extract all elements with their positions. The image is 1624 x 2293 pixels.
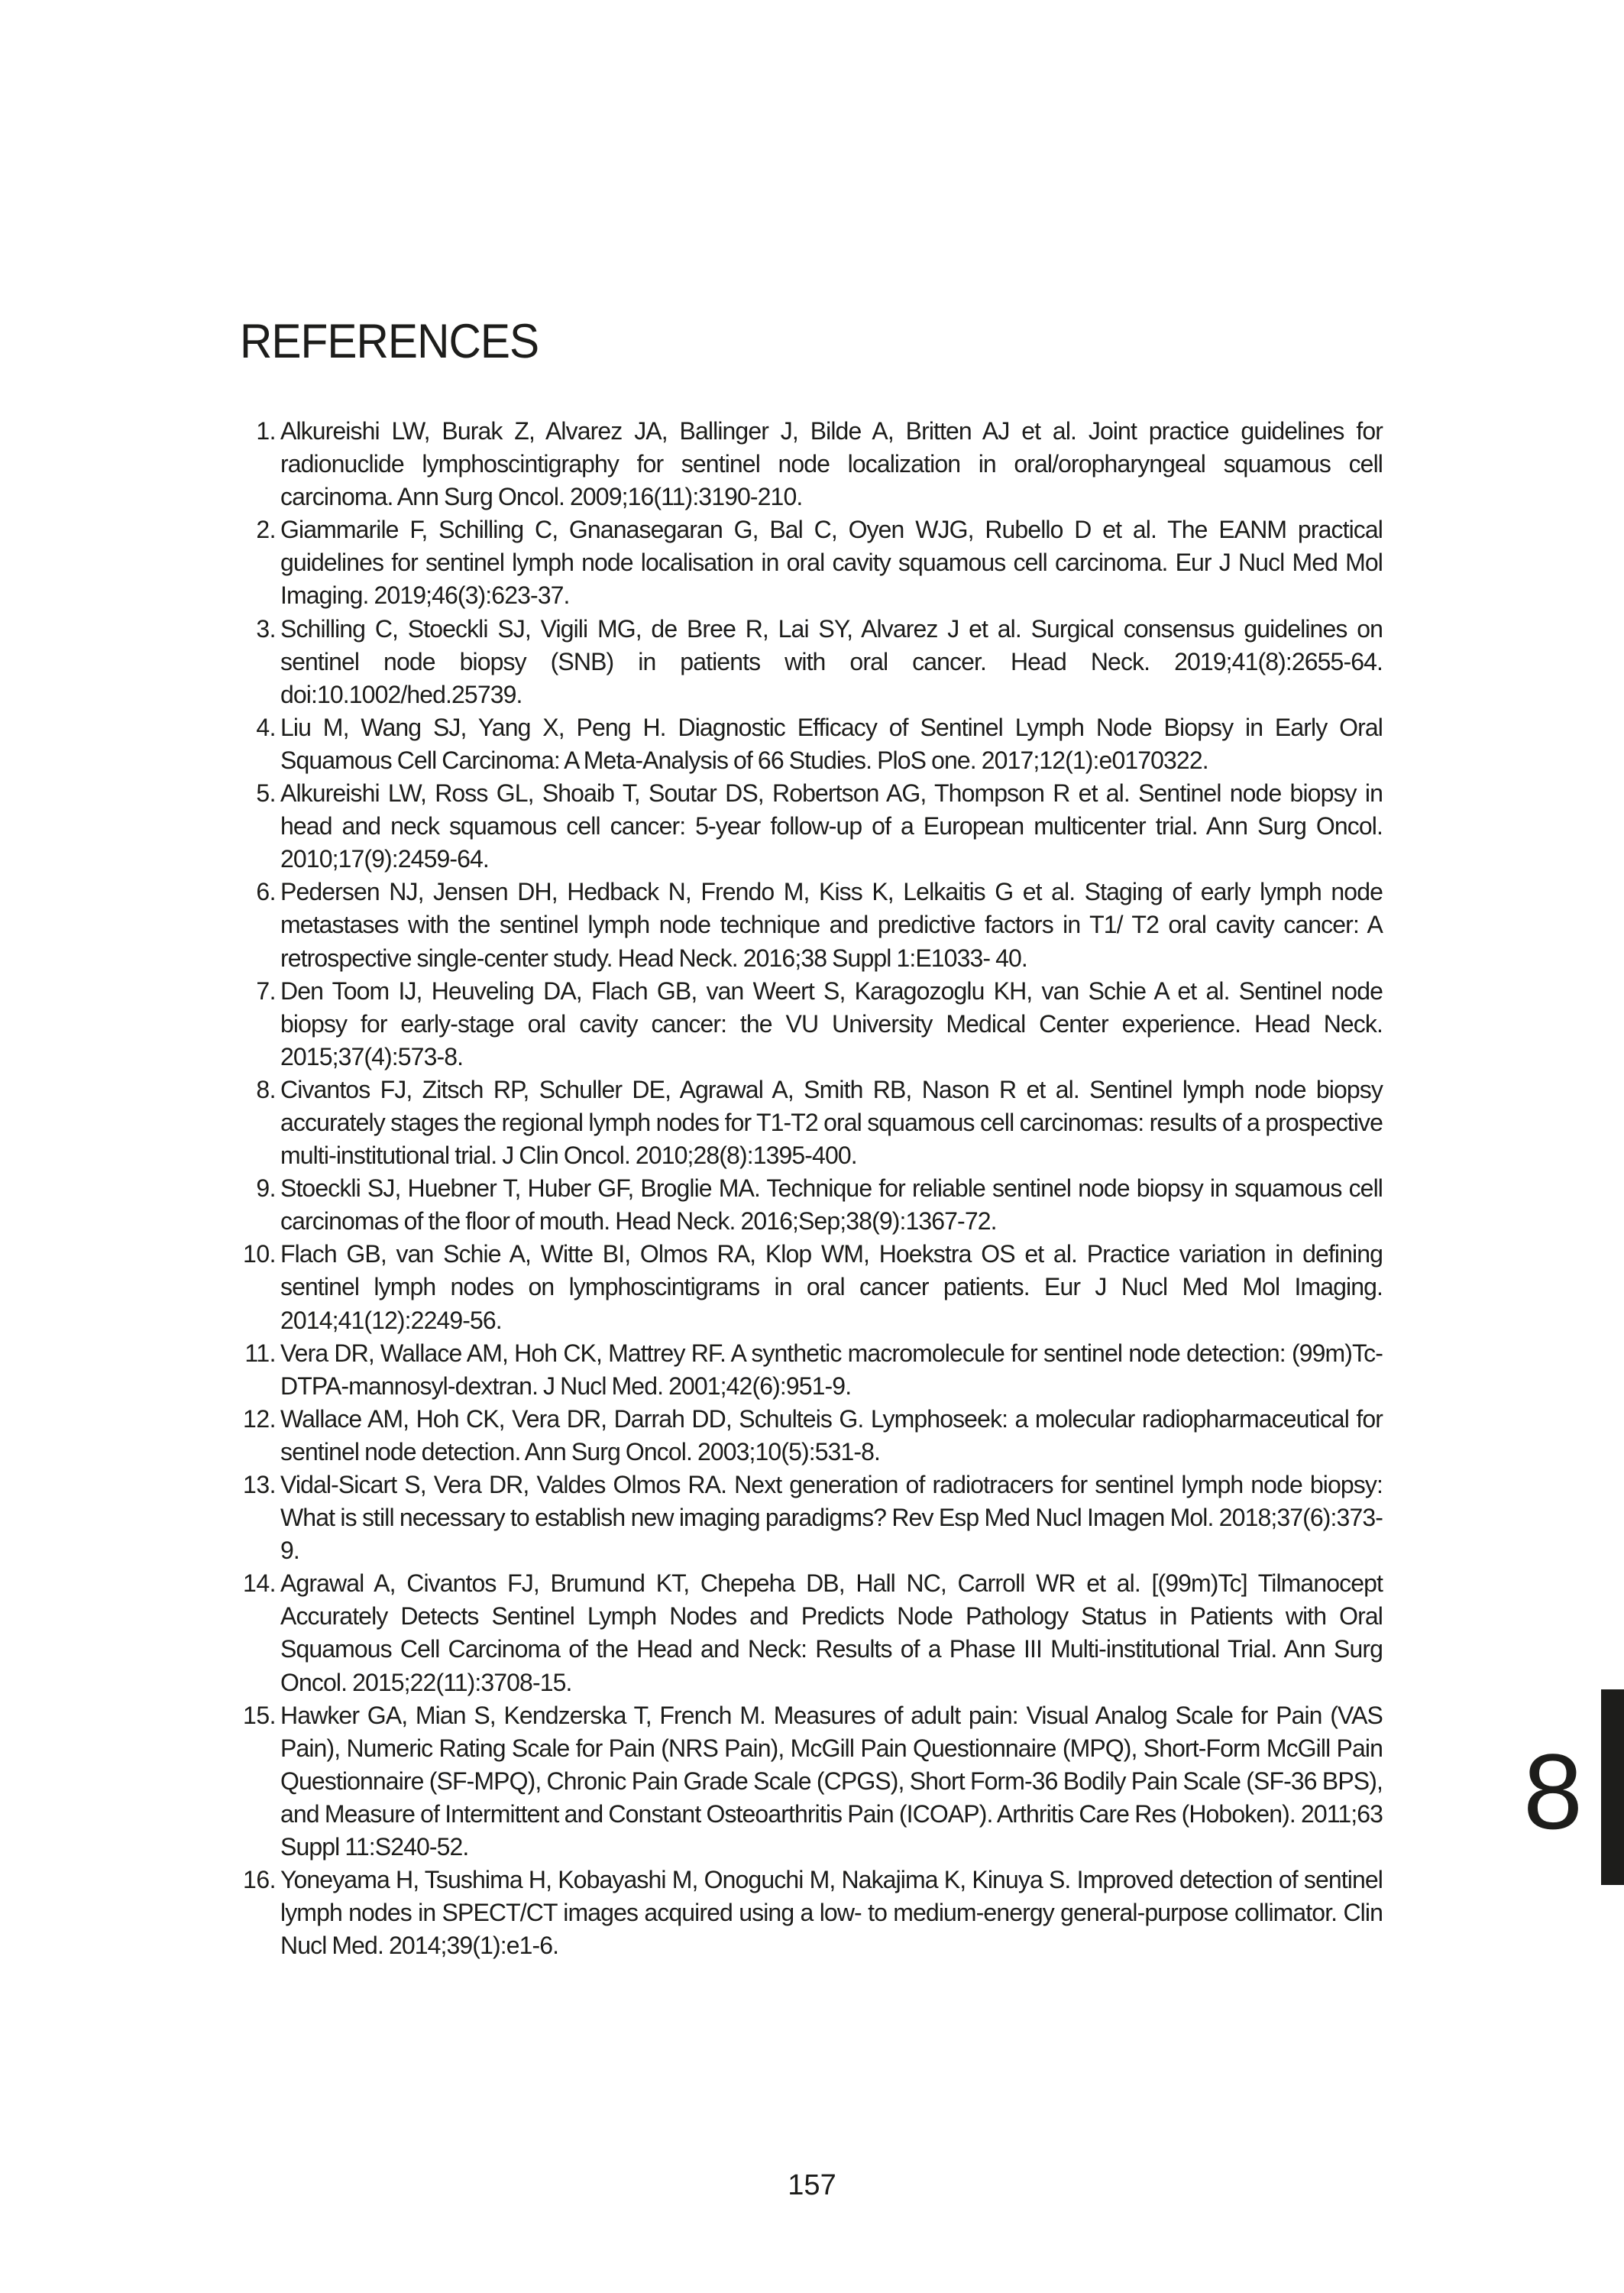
reference-number: 7.: [256, 975, 280, 1008]
reference-text: Wallace AM, Hoh CK, Vera DR, Darrah DD, …: [280, 1403, 1383, 1469]
reference-number: 6.: [256, 876, 280, 908]
reference-text: Giammarile F, Schilling C, Gnanasegaran …: [280, 513, 1383, 612]
reference-item: 15.Hawker GA, Mian S, Kendzerska T, Fren…: [280, 1699, 1383, 1864]
reference-number: 9.: [256, 1172, 280, 1205]
reference-list: 1.Alkureishi LW, Burak Z, Alvarez JA, Ba…: [280, 415, 1383, 1962]
reference-item: 16.Yoneyama H, Tsushima H, Kobayashi M, …: [280, 1864, 1383, 1962]
reference-text: Schilling C, Stoeckli SJ, Vigili MG, de …: [280, 613, 1383, 711]
reference-text: Pedersen NJ, Jensen DH, Hedback N, Frend…: [280, 876, 1383, 974]
reference-text: Hawker GA, Mian S, Kendzerska T, French …: [280, 1699, 1383, 1864]
reference-item: 9.Stoeckli SJ, Huebner T, Huber GF, Brog…: [280, 1172, 1383, 1238]
reference-number: 15.: [243, 1699, 280, 1732]
reference-number: 12.: [243, 1403, 280, 1436]
reference-item: 13.Vidal-Sicart S, Vera DR, Valdes Olmos…: [280, 1469, 1383, 1567]
reference-item: 14.Agrawal A, Civantos FJ, Brumund KT, C…: [280, 1567, 1383, 1699]
reference-number: 11.: [244, 1337, 280, 1370]
reference-number: 1.: [256, 415, 280, 448]
reference-text: Yoneyama H, Tsushima H, Kobayashi M, Ono…: [280, 1864, 1383, 1962]
reference-number: 14.: [243, 1567, 280, 1600]
reference-text: Stoeckli SJ, Huebner T, Huber GF, Brogli…: [280, 1172, 1383, 1238]
reference-item: 1.Alkureishi LW, Burak Z, Alvarez JA, Ba…: [280, 415, 1383, 513]
reference-text: Vidal-Sicart S, Vera DR, Valdes Olmos RA…: [280, 1469, 1383, 1567]
reference-item: 12.Wallace AM, Hoh CK, Vera DR, Darrah D…: [280, 1403, 1383, 1469]
reference-number: 4.: [256, 711, 280, 744]
reference-item: 7.Den Toom IJ, Heuveling DA, Flach GB, v…: [280, 975, 1383, 1074]
reference-item: 3.Schilling C, Stoeckli SJ, Vigili MG, d…: [280, 613, 1383, 711]
reference-text: Alkureishi LW, Burak Z, Alvarez JA, Ball…: [280, 415, 1383, 513]
reference-item: 11.Vera DR, Wallace AM, Hoh CK, Mattrey …: [280, 1337, 1383, 1403]
reference-text: Agrawal A, Civantos FJ, Brumund KT, Chep…: [280, 1567, 1383, 1699]
reference-item: 10.Flach GB, van Schie A, Witte BI, Olmo…: [280, 1238, 1383, 1336]
reference-text: Alkureishi LW, Ross GL, Shoaib T, Soutar…: [280, 777, 1383, 876]
page-title: REFERENCES: [240, 314, 539, 369]
chapter-tab-marker: [1601, 1689, 1624, 1885]
chapter-number: 8: [1520, 1734, 1586, 1849]
reference-item: 6.Pedersen NJ, Jensen DH, Hedback N, Fre…: [280, 876, 1383, 974]
reference-item: 2.Giammarile F, Schilling C, Gnanasegara…: [280, 513, 1383, 612]
reference-number: 3.: [256, 613, 280, 646]
reference-number: 2.: [256, 513, 280, 546]
reference-text: Liu M, Wang SJ, Yang X, Peng H. Diagnost…: [280, 711, 1383, 777]
reference-text: Den Toom IJ, Heuveling DA, Flach GB, van…: [280, 975, 1383, 1074]
reference-number: 8.: [256, 1074, 280, 1106]
reference-number: 5.: [256, 777, 280, 810]
reference-number: 13.: [243, 1469, 280, 1501]
reference-item: 4.Liu M, Wang SJ, Yang X, Peng H. Diagno…: [280, 711, 1383, 777]
reference-number: 10.: [243, 1238, 280, 1271]
page-number: 157: [0, 2167, 1624, 2204]
reference-text: Civantos FJ, Zitsch RP, Schuller DE, Agr…: [280, 1074, 1383, 1172]
reference-item: 8.Civantos FJ, Zitsch RP, Schuller DE, A…: [280, 1074, 1383, 1172]
reference-text: Vera DR, Wallace AM, Hoh CK, Mattrey RF.…: [280, 1337, 1383, 1403]
reference-item: 5.Alkureishi LW, Ross GL, Shoaib T, Sout…: [280, 777, 1383, 876]
reference-number: 16.: [243, 1864, 280, 1896]
reference-text: Flach GB, van Schie A, Witte BI, Olmos R…: [280, 1238, 1383, 1336]
